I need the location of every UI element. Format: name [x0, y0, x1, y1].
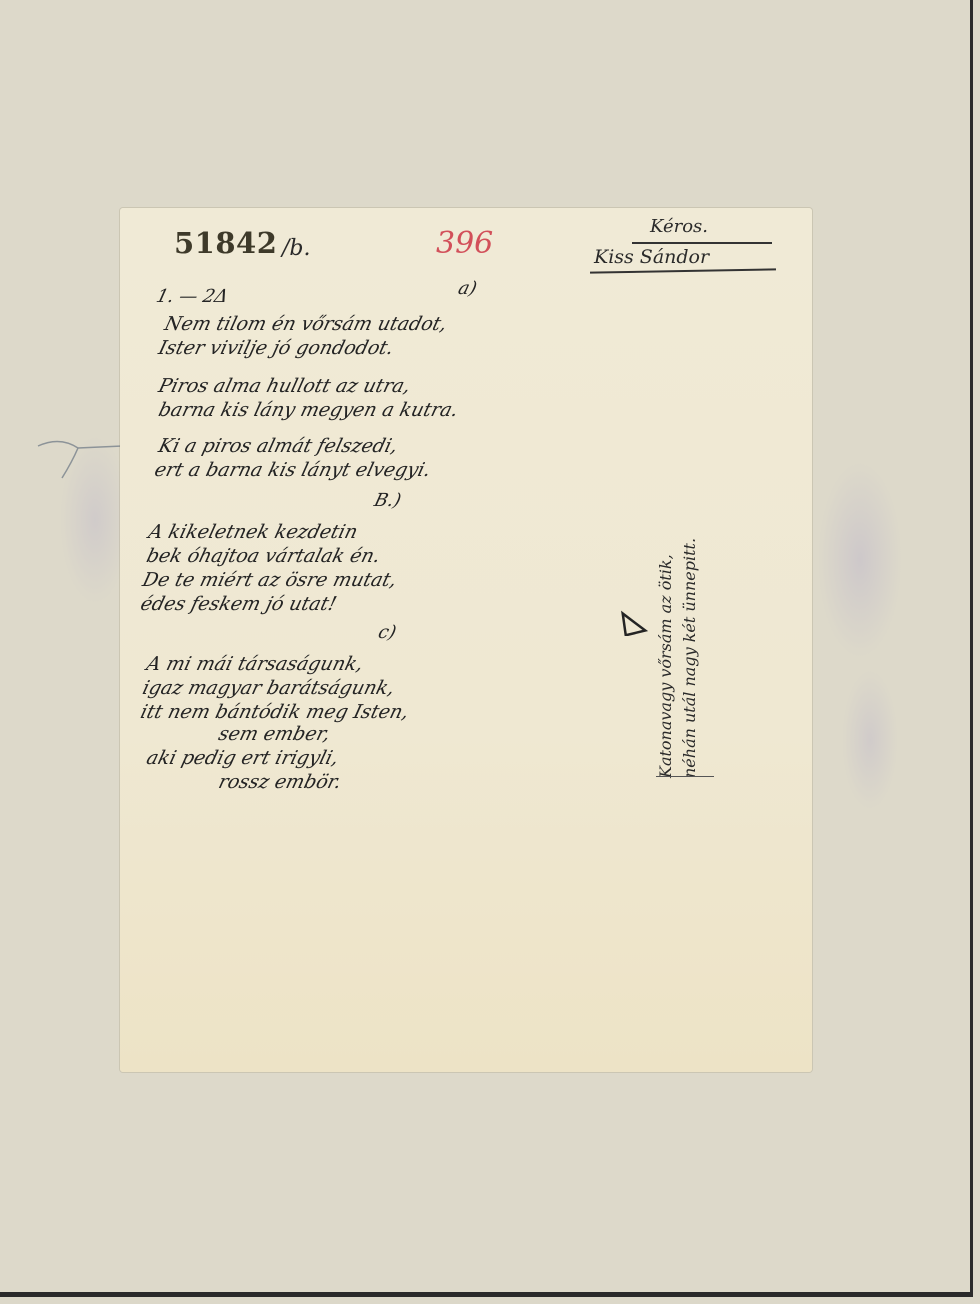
section-c-label: c)	[376, 622, 398, 643]
verse-line: bek óhajtoa vártalak én.	[144, 544, 383, 568]
verse-line: ert a barna kis lányt elvegyi.	[152, 458, 433, 482]
verse-line: édes feskem jó utat!	[138, 592, 339, 616]
side-note-line: Katonavagy vőrsám az ötik,	[654, 538, 678, 778]
verse-line: A mi mái társaságunk,	[144, 652, 366, 676]
red-ink-number: 396	[436, 226, 493, 261]
side-note-underline	[656, 776, 714, 777]
mount-board: 51842 /b. 396 Kéros. Kiss Sándor 1. — 2Δ…	[0, 0, 973, 1297]
verse-line: igaz magyar barátságunk,	[140, 676, 397, 700]
verse-line: Piros alma hullott az utra,	[156, 374, 413, 398]
document-card: 51842 /b. 396 Kéros. Kiss Sándor 1. — 2Δ…	[120, 208, 812, 1072]
place-underline	[632, 242, 772, 244]
verse-line: barna kis lány megyen a kutra.	[156, 398, 461, 422]
side-note: Katonavagy vőrsám az ötik, néhán utál na…	[654, 538, 702, 778]
verse-line: Ki a piros almát felszedi,	[156, 434, 400, 458]
catalog-number: 51842	[174, 226, 277, 260]
verse-line: A kikeletnek kezdetin	[146, 520, 360, 544]
verse-line: De te miért az ösre mutat,	[140, 568, 399, 592]
melody-reference: 1. — 2Δ	[154, 286, 230, 307]
verse-line: Nem tilom én vőrsám utadot,	[162, 312, 450, 336]
section-b-label: B.)	[372, 490, 403, 511]
collector-name: Kiss Sándor	[594, 246, 709, 268]
verse-line: Ister vivilje jó gondodot.	[156, 336, 396, 360]
catalog-suffix: /b.	[282, 236, 311, 261]
collector-underline	[590, 268, 776, 273]
section-a-label: a)	[456, 278, 479, 299]
place-name: Kéros.	[650, 216, 708, 237]
side-note-line: néhán utál nagy két ünnepitt.	[678, 538, 702, 778]
triangle-symbol-icon	[620, 608, 648, 636]
verse-line: itt nem bántódik meg Isten,	[138, 700, 411, 724]
verse-line: aki pedig ert irigyli,	[144, 746, 341, 770]
verse-line: rossz embör.	[216, 770, 344, 794]
verse-line: sem ember,	[216, 722, 333, 746]
